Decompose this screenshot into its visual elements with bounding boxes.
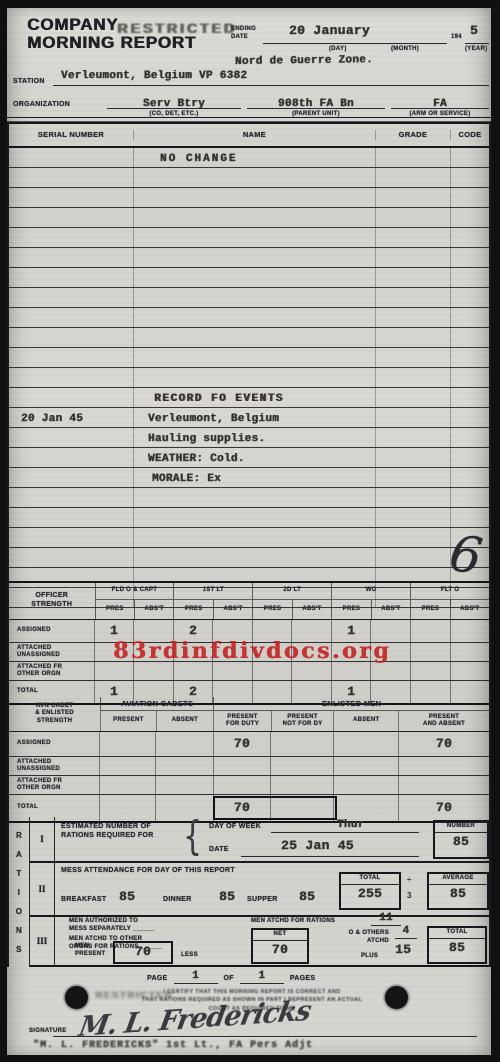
record-of-events-title-row: RECORD FO EVENTS xyxy=(9,388,489,408)
rations-section: R A T I O N S I ESTIMATED NUMBER OF RATI… xyxy=(7,817,491,967)
event-text: MORALE: Ex xyxy=(152,473,221,485)
rations-row-1: I ESTIMATED NUMBER OF RATIONS REQUIRED F… xyxy=(30,817,489,863)
officer-group-label: 2D LT xyxy=(253,583,331,600)
men-present-value: 70 xyxy=(115,943,171,960)
roster-empty-row xyxy=(9,208,489,228)
sub-month: (MONTH) xyxy=(391,46,419,54)
number-box-label: NUMBER xyxy=(435,822,487,833)
breakfast-value: 85 xyxy=(119,890,135,905)
average-value: 85 xyxy=(429,885,487,902)
date-value: 20 January xyxy=(289,24,370,39)
organization-label: ORGANIZATION xyxy=(13,101,70,110)
rations-required-label: ESTIMATED NUMBER OF RATIONS REQUIRED FOR xyxy=(61,823,154,841)
men-atchd-rations-value: 11 xyxy=(371,912,401,926)
roster-table: SERIAL NUMBER NAME GRADE CODE NO CHANGE … xyxy=(7,122,491,608)
roster-empty-row xyxy=(9,548,489,568)
men-present-label: MEN PRESENT xyxy=(75,943,105,958)
roster-empty-row xyxy=(9,308,489,328)
sub-day: (DAY) xyxy=(329,46,347,54)
ration-date-value: 25 Jan 45 xyxy=(281,839,354,854)
number-box-value: 85 xyxy=(435,833,487,850)
enlisted-row-attached-from-other: ATTACHED FR OTHER ORGN xyxy=(9,776,489,795)
record-of-events-title: RECORD FO EVENTS xyxy=(154,393,284,405)
others-attached-value: 4 xyxy=(395,925,417,939)
men-present-box: 70 xyxy=(113,941,173,964)
ending-date-label: ENDING DATE xyxy=(231,26,256,41)
dinner-value: 85 xyxy=(219,890,235,905)
roster-row-nochange: NO CHANGE xyxy=(9,148,489,168)
rations-vertical-label: R A T I O N S xyxy=(9,817,30,967)
others-attached-label: O & OTHERS ATCHD xyxy=(337,930,389,945)
org-arm-underline: FA xyxy=(391,88,489,109)
event-text: Hauling supplies. xyxy=(148,433,265,445)
no-change-entry: NO CHANGE xyxy=(160,153,237,165)
supper-label: SUPPER xyxy=(247,896,278,905)
roster-empty-row xyxy=(9,488,489,508)
net-value: 70 xyxy=(253,941,307,958)
org-arm-value: FA xyxy=(433,98,447,110)
plus-sum-value: 15 xyxy=(395,943,411,958)
page-count-line: PAGE 1 OF 1 PAGES xyxy=(147,970,315,984)
ration-date-label: DATE xyxy=(209,846,229,855)
officer-group-label: 1ST LT xyxy=(174,583,252,600)
day-of-week-label: DAY OF WEEK xyxy=(209,823,261,832)
officer-group-label: FLT O xyxy=(411,583,489,600)
plus-label: PLUS xyxy=(361,953,378,961)
event-row-1: 20 Jan 45 Verleumont, Belgium xyxy=(9,408,489,428)
enlisted-table-header: AVN CADET & ENLISTED STRENGTH AVIATION C… xyxy=(9,697,489,732)
date-underline: 20 January xyxy=(263,22,447,44)
page-number: 1 xyxy=(174,970,218,984)
roster-empty-row xyxy=(9,248,489,268)
station-underline: Verleumont, Belgium VP 6382 xyxy=(53,65,489,86)
signature-underline xyxy=(53,1036,477,1037)
event-row-4: MORALE: Ex xyxy=(9,468,489,488)
station-value: Verleumont, Belgium VP 6382 xyxy=(61,70,247,83)
officer-group-label: FLD O & CAPT xyxy=(96,583,174,600)
number-box: NUMBER 85 xyxy=(433,820,489,859)
station-label: STATION xyxy=(13,78,45,87)
roster-empty-row xyxy=(9,168,489,188)
dinner-label: DINNER xyxy=(163,896,192,905)
site-watermark: 83rdinfdivdocs.org xyxy=(113,638,391,664)
roster-empty-row xyxy=(9,348,489,368)
enlisted-corner-label: AVN CADET & ENLISTED STRENGTH xyxy=(35,703,74,726)
year-prefix: 194 xyxy=(451,34,462,42)
divide-by-three: 3 xyxy=(407,891,411,900)
roster-empty-row xyxy=(9,508,489,528)
rations-row-2: II MESS ATTENDANCE FOR DAY OF THIS REPOR… xyxy=(30,863,489,917)
event-text: WEATHER: Cold. xyxy=(148,453,245,465)
typed-signature-block: "M. L. FREDERICKS" 1st Lt., FA Pers Adjt xyxy=(33,1040,313,1052)
org-parent-value: 908th FA Bn xyxy=(278,98,354,110)
roster-header-row: SERIAL NUMBER NAME GRADE CODE xyxy=(9,122,489,148)
page-total: 1 xyxy=(240,970,284,984)
org-unit-underline: Serv Btry xyxy=(107,88,241,109)
title-line2: MORNING REPORT xyxy=(27,34,196,52)
org-parent-underline: 908th FA Bn xyxy=(247,88,385,109)
punch-hole-left xyxy=(65,986,88,1009)
signature-label: SIGNATURE xyxy=(29,1028,67,1036)
officer-strength-corner-label: OFFICER STRENGTH xyxy=(31,592,72,610)
event-row-3: WEATHER: Cold. xyxy=(9,448,489,468)
roster-header-name: NAME xyxy=(133,130,375,139)
year-digit: 5 xyxy=(470,24,478,39)
enlisted-strength-table: AVN CADET & ENLISTED STRENGTH AVIATION C… xyxy=(7,697,491,823)
roster-empty-row xyxy=(9,288,489,308)
roster-header-code: CODE xyxy=(450,130,489,139)
restricted-stamp-top: RESTRICTED xyxy=(117,20,236,36)
org-unit-value: Serv Btry xyxy=(143,98,205,110)
event-text: Verleumont, Belgium xyxy=(148,413,279,425)
officer-table-header: OFFICER STRENGTH FLD O & CAPT PRESABS'T … xyxy=(9,583,489,620)
net-box: NET 70 xyxy=(251,928,309,964)
roster-empty-row xyxy=(9,228,489,248)
men-atchd-rations-label: MEN ATCHD FOR RATIONS xyxy=(251,918,335,926)
roster-header-grade: GRADE xyxy=(375,130,450,139)
supper-value: 85 xyxy=(299,890,315,905)
less-label: LESS xyxy=(181,952,198,960)
aviation-cadets-group-label: AVIATION CADETS xyxy=(100,697,213,710)
roster-empty-row xyxy=(9,368,489,388)
roster-empty-row xyxy=(9,528,489,548)
enlisted-row-assigned: ASSIGNED 70 70 xyxy=(9,732,489,757)
breakfast-label: BREAKFAST xyxy=(61,896,106,905)
mess-total-box: TOTAL 255 xyxy=(339,872,401,910)
morning-report-sheet: COMPANY MORNING REPORT RESTRICTED ENDING… xyxy=(7,8,491,1055)
rations-total-value: 85 xyxy=(429,939,485,956)
average-box: AVERAGE 85 xyxy=(427,872,489,910)
officer-row-attached-from-other: ATTACHED FR OTHER ORGN xyxy=(9,662,489,681)
mess-attendance-label: MESS ATTENDANCE FOR DAY OF THIS REPORT xyxy=(61,867,235,876)
enlisted-men-group-label: ENLISTED MEN xyxy=(213,697,489,710)
event-date: 20 Jan 45 xyxy=(21,413,83,425)
rations-total-box: TOTAL 85 xyxy=(427,926,487,964)
brace-glyph: { xyxy=(183,813,202,860)
roster-empty-row xyxy=(9,268,489,288)
rations-row-3: III MEN AUTHORIZED TO MESS SEPARATELY __… xyxy=(30,917,489,967)
sub-year: (YEAR) xyxy=(465,46,487,54)
roster-header-serial: SERIAL NUMBER xyxy=(9,130,133,139)
event-row-2: Hauling supplies. xyxy=(9,428,489,448)
day-of-week-value: Thur xyxy=(337,819,365,832)
officer-group-label: WO xyxy=(332,583,410,600)
divide-sign: ÷ xyxy=(407,875,411,884)
enlisted-row-attached-unassigned: ATTACHED UNASSIGNED xyxy=(9,757,489,776)
roster-empty-row xyxy=(9,188,489,208)
year-underline: 5 xyxy=(465,22,489,44)
roster-empty-row xyxy=(9,328,489,348)
mess-total-value: 255 xyxy=(341,885,399,902)
mess-separately-label: MEN AUTHORIZED TO MESS SEPARATELY ______ xyxy=(69,918,155,933)
